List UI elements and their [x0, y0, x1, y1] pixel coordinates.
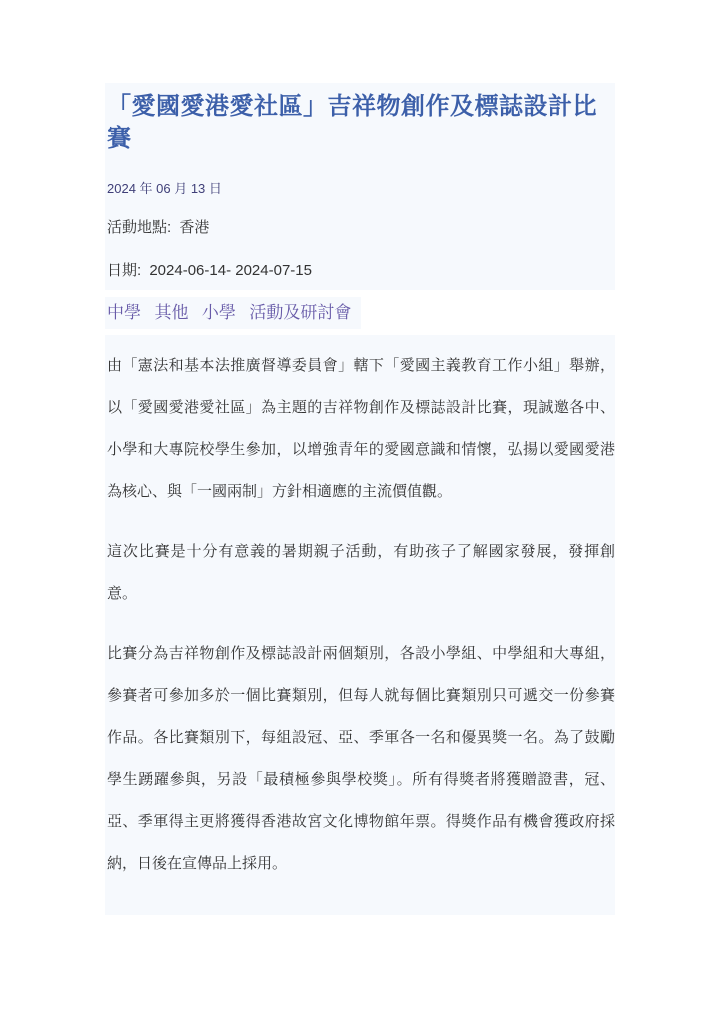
article: 「愛國愛港愛社區」吉祥物創作及標誌設計比賽 2024 年 06 月 13 日 活…: [105, 0, 615, 915]
date-range-label: 日期:: [107, 262, 141, 279]
date-range-value: 2024-06-14- 2024-07-15: [149, 262, 312, 279]
location-label: 活動地點:: [107, 219, 171, 236]
paragraph: 比賽分為吉祥物創作及標誌設計兩個類別，各設小學組、中學組和大專組，參賽者可參加多…: [107, 633, 615, 885]
paragraph: 這次比賽是十分有意義的暑期親子活動，有助孩子了解國家發展，發揮創意。: [107, 531, 615, 615]
tag-link-activities-seminars[interactable]: 活動及研討會: [249, 303, 351, 322]
tag-link-primary-school[interactable]: 小學: [202, 303, 236, 322]
tag-link-secondary-school[interactable]: 中學: [107, 303, 141, 322]
page-title: 「愛國愛港愛社區」吉祥物創作及標誌設計比賽: [107, 91, 615, 155]
tag-link-other[interactable]: 其他: [154, 303, 188, 322]
paragraph: 由「憲法和基本法推廣督導委員會」轄下「愛國主義教育工作小組」舉辦，以「愛國愛港愛…: [107, 345, 615, 513]
tag-row: 中學 其他 小學 活動及研討會: [105, 290, 615, 329]
date-range-row: 日期: 2024-06-14- 2024-07-15: [107, 261, 615, 280]
tag-list: 中學 其他 小學 活動及研討會: [105, 297, 361, 329]
location-value: 香港: [179, 219, 209, 236]
publish-date: 2024 年 06 月 13 日: [107, 181, 615, 197]
article-body: 由「憲法和基本法推廣督導委員會」轄下「愛國主義教育工作小組」舉辦，以「愛國愛港愛…: [105, 335, 615, 915]
location-row: 活動地點: 香港: [107, 218, 615, 237]
article-header: 「愛國愛港愛社區」吉祥物創作及標誌設計比賽 2024 年 06 月 13 日 活…: [105, 83, 615, 290]
page: { "colors": { "page-bg": "#ffffff", "pan…: [0, 0, 720, 1019]
